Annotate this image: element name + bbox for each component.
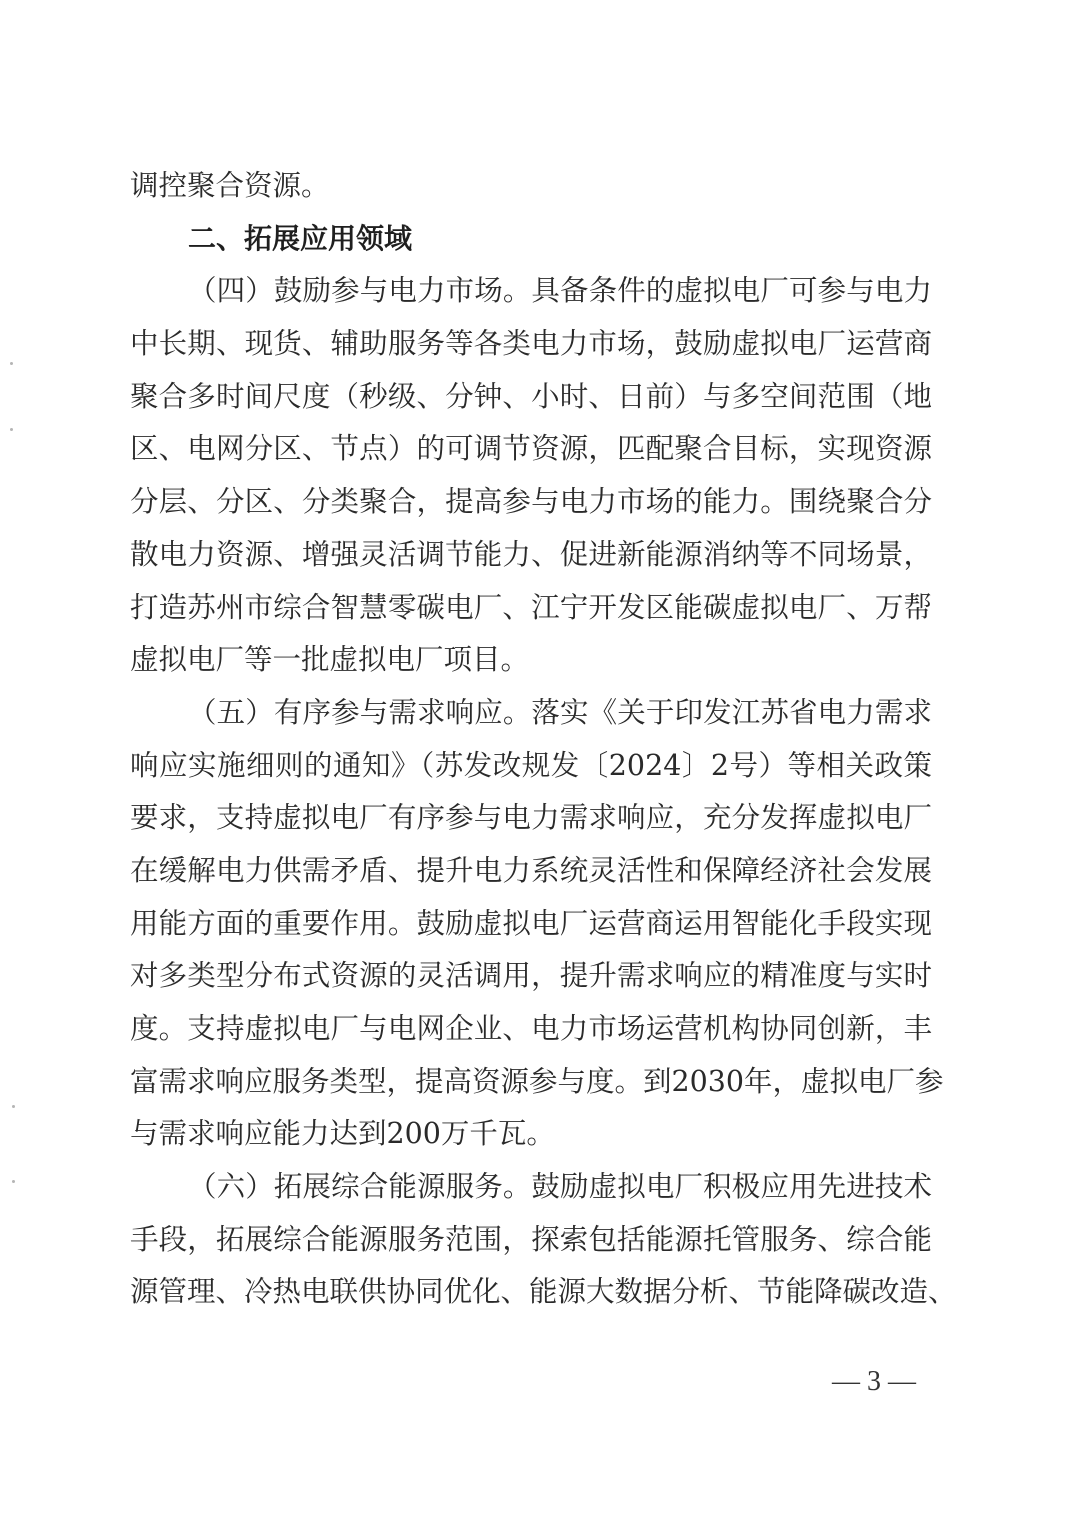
paragraph-line: 打造苏州市综合智慧零碳电厂、江宁开发区能碳虚拟电厂、万帮 — [130, 582, 932, 635]
paragraph-line: 调控聚合资源。 — [130, 160, 932, 213]
paragraph-line: （五）有序参与需求响应。落实《关于印发江苏省电力需求 — [130, 687, 932, 740]
paragraph-line: 手段，拓展综合能源服务范围，探索包括能源托管服务、综合能 — [130, 1214, 932, 1267]
paragraph-line: 富需求响应服务类型，提高资源参与度。到2030年，虚拟电厂参 — [130, 1056, 932, 1109]
paragraph-line: 源管理、冷热电联供协同优化、能源大数据分析、节能降碳改造、 — [130, 1266, 932, 1319]
paragraph-line: 与需求响应能力达到200万千瓦。 — [130, 1108, 932, 1161]
paragraph-line: 散电力资源、增强灵活调节能力、促进新能源消纳等不同场景， — [130, 529, 932, 582]
scan-speck — [12, 1105, 15, 1108]
paragraph-line: 聚合多时间尺度（秒级、分钟、小时、日前）与多空间范围（地 — [130, 371, 932, 424]
paragraph-line: 虚拟电厂等一批虚拟电厂项目。 — [130, 634, 932, 687]
scan-speck — [10, 362, 13, 365]
paragraph-line: （四）鼓励参与电力市场。具备条件的虚拟电厂可参与电力 — [130, 265, 932, 318]
paragraph-line: 用能方面的重要作用。鼓励虚拟电厂运营商运用智能化手段实现 — [130, 898, 932, 951]
scan-speck — [10, 428, 13, 431]
page-number: — 3 — — [832, 1366, 916, 1398]
paragraph-line: 要求，支持虚拟电厂有序参与电力需求响应，充分发挥虚拟电厂 — [130, 792, 932, 845]
paragraph-line: 响应实施细则的通知》（苏发改规发〔2024〕2号）等相关政策 — [130, 740, 932, 793]
document-page: 调控聚合资源。 二、拓展应用领域 （四）鼓励参与电力市场。具备条件的虚拟电厂可参… — [130, 160, 932, 1319]
paragraph-line: 对多类型分布式资源的灵活调用，提升需求响应的精准度与实时 — [130, 950, 932, 1003]
paragraph-line: 在缓解电力供需矛盾、提升电力系统灵活性和保障经济社会发展 — [130, 845, 932, 898]
scan-speck — [12, 1180, 15, 1183]
paragraph-line: 区、电网分区、节点）的可调节资源，匹配聚合目标，实现资源 — [130, 423, 932, 476]
paragraph-line: （六）拓展综合能源服务。鼓励虚拟电厂积极应用先进技术 — [130, 1161, 932, 1214]
section-heading: 二、拓展应用领域 — [130, 213, 932, 266]
paragraph-line: 分层、分区、分类聚合，提高参与电力市场的能力。围绕聚合分 — [130, 476, 932, 529]
paragraph-line: 度。支持虚拟电厂与电网企业、电力市场运营机构协同创新，丰 — [130, 1003, 932, 1056]
paragraph-line: 中长期、现货、辅助服务等各类电力市场，鼓励虚拟电厂运营商 — [130, 318, 932, 371]
